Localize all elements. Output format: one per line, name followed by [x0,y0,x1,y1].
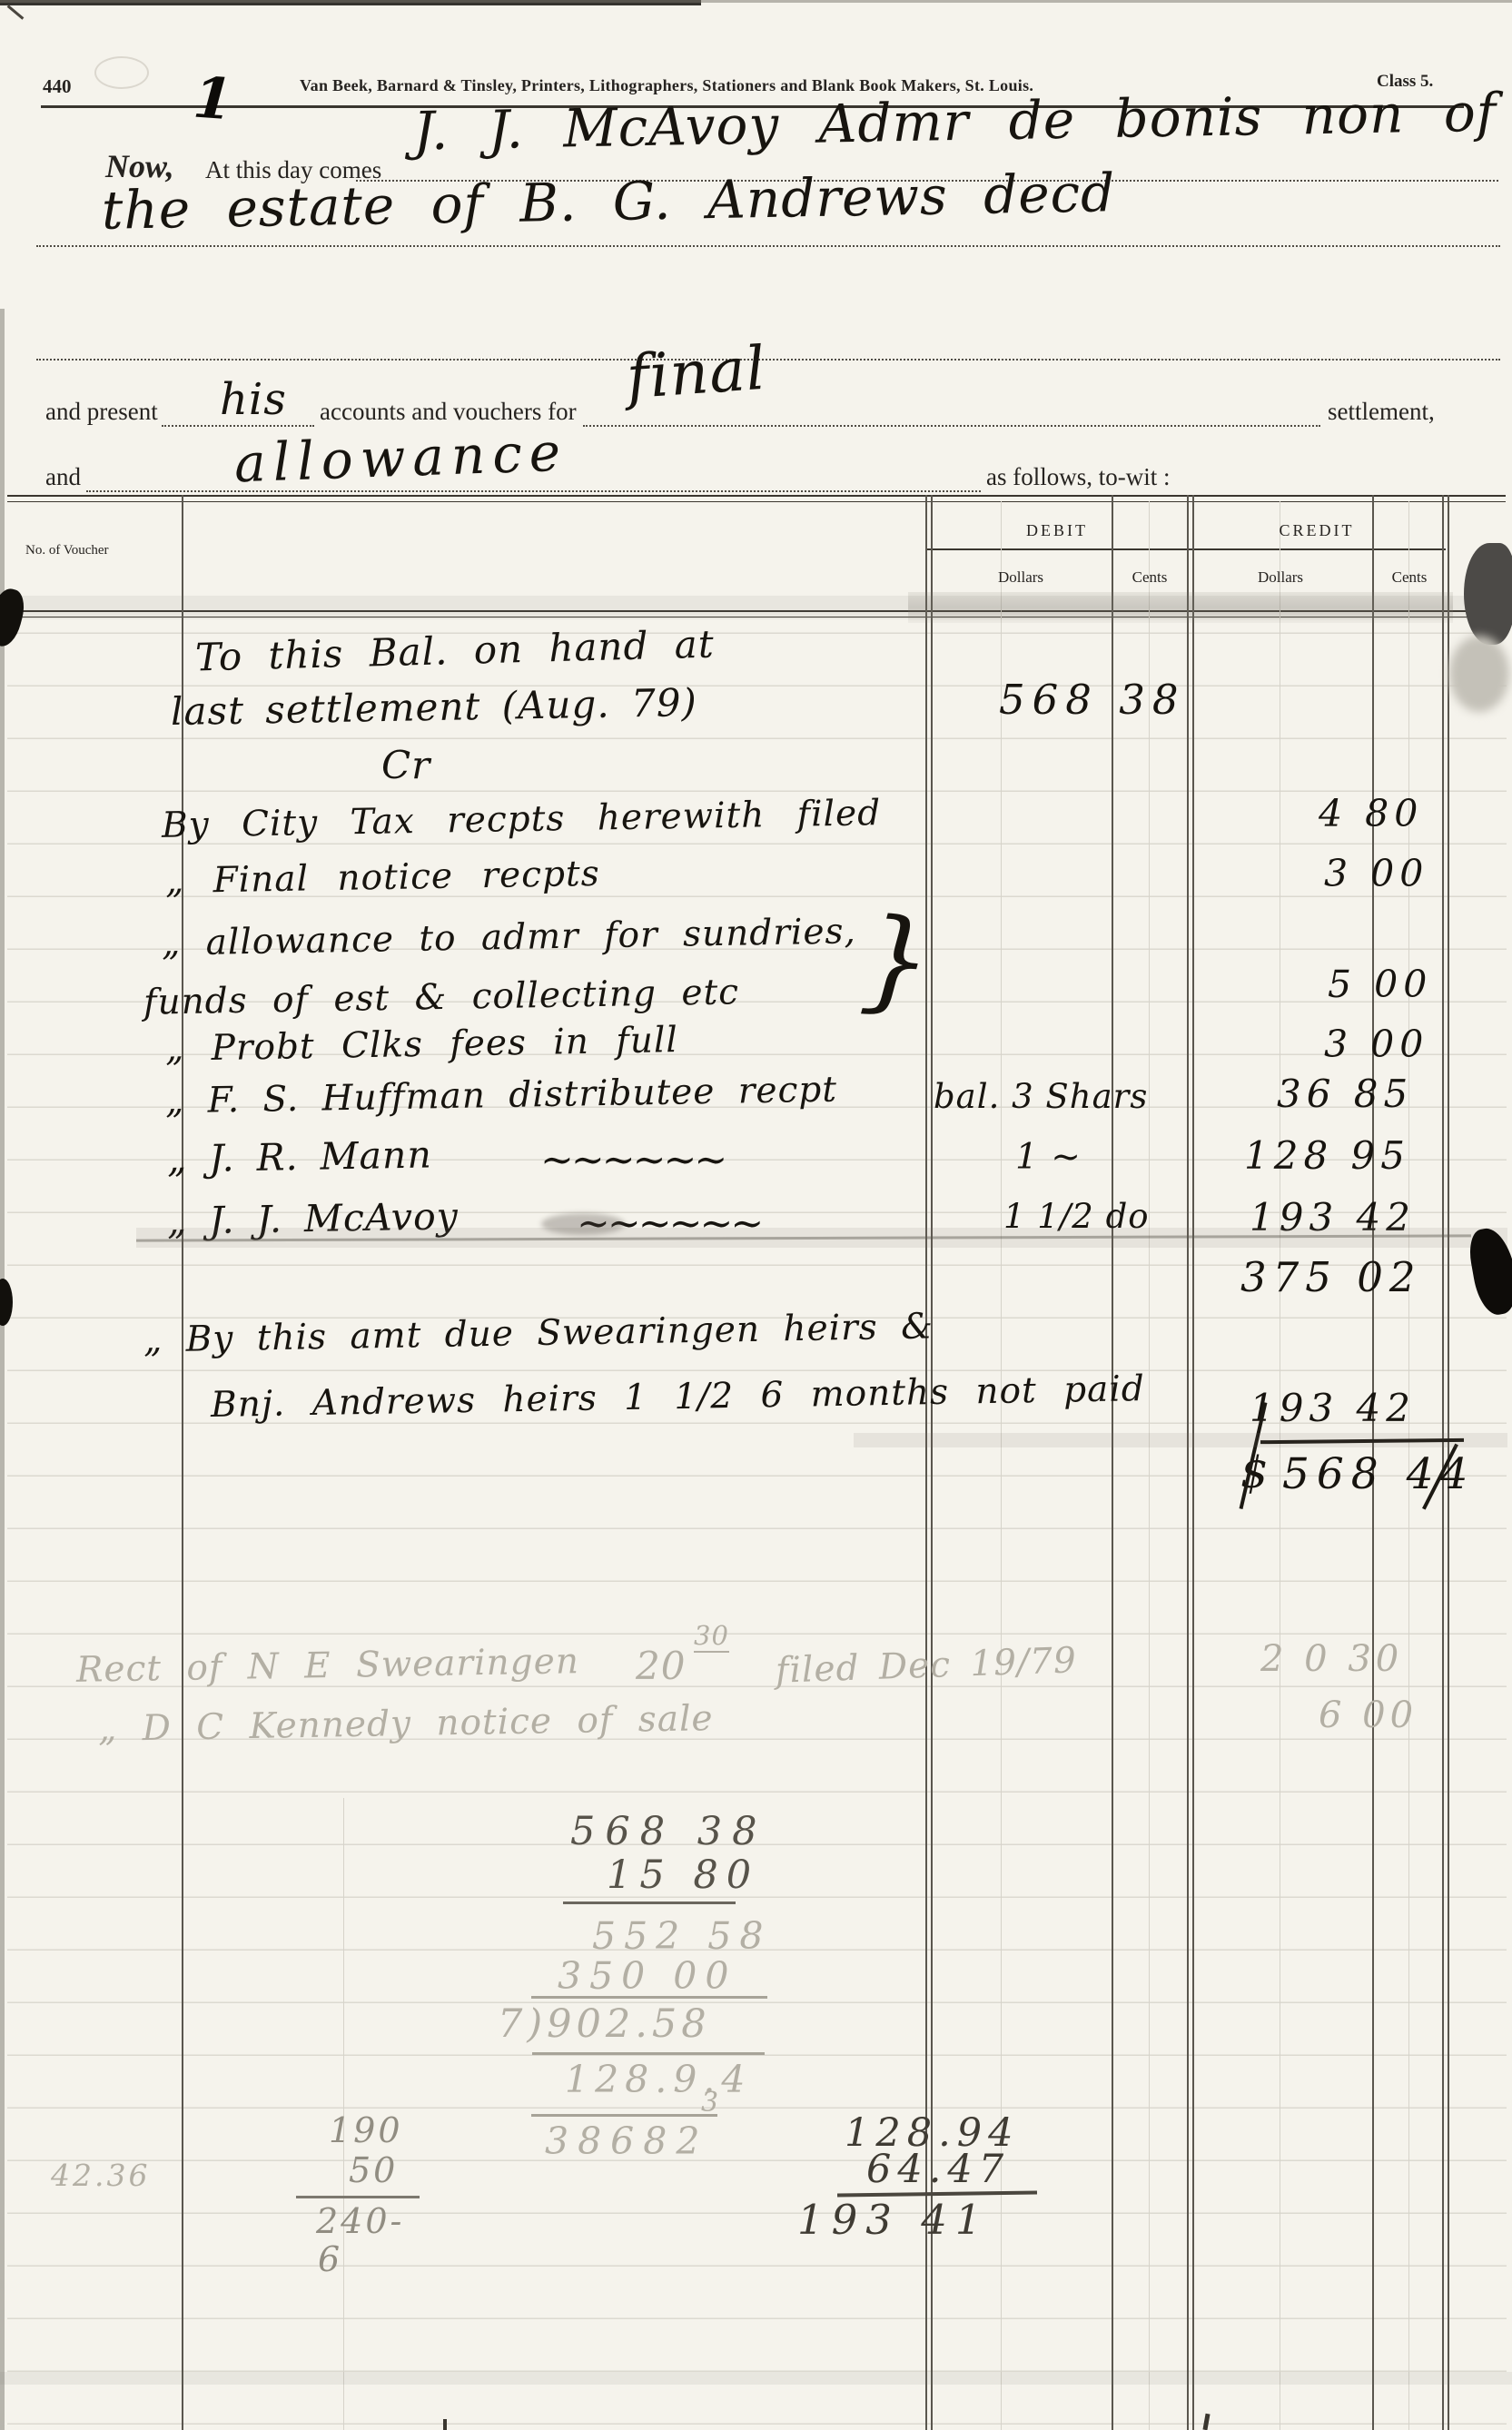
margin-note: 42.36 [51,2158,150,2193]
pencil-credit-rect: 2 0 30 [1260,1638,1403,1680]
right-stack-2: 193 41 [797,2196,989,2244]
credit-header: CREDIT [1280,521,1355,540]
present-value: his [220,374,287,425]
table-top-rule-a [7,495,1506,497]
credit-amount-allowance: 5 00 [1328,963,1432,1006]
present-dotted-line [162,425,314,427]
calc-stack-3: 350 00 [558,1954,736,1998]
debit-cents-rule [1112,495,1113,2430]
voucher-header: No. of Voucher [25,543,109,558]
voucher-column-rule [182,495,183,2430]
crease-band-money [908,592,1453,623]
credit-total: 568 44 [1282,1449,1475,1499]
comes-dotted-line-3 [36,359,1500,361]
credit-amount-city-tax: 4 80 [1319,792,1423,835]
left-stack-3: 6 [318,2239,341,2279]
bottom-edge-tick-1 [443,2419,447,2430]
faint-money-line-3 [1280,501,1280,2430]
pencil-rect-amount: 20 [636,1644,686,1688]
towit-label: as follows, to-wit : [986,463,1171,491]
comes-dotted-line-2 [36,245,1500,247]
and-value: allowance [233,421,568,495]
credit-amount-final-notice: 3 00 [1324,852,1428,895]
calc-quotient: 128.9.4 [565,2058,752,2101]
note-mann-share: 1 ~ [1015,1137,1082,1178]
faint-stamp [94,56,149,89]
left-stack-2: 240- [316,2201,404,2241]
credit-left-rule-a [1187,495,1189,2430]
and-dotted-line [86,490,981,492]
and-label: and [45,463,81,491]
credit-left-rule-b [1192,495,1194,2430]
vouchers-value: final [625,333,768,413]
calc-underline-1 [563,1902,736,1904]
credit-amount-probate: 3 00 [1324,1022,1428,1066]
note-huffman-shares: bal. 3 Shars [934,1077,1148,1116]
credit-amount-not-paid: 193 42 [1250,1386,1416,1430]
credit-cents-header: Cents [1392,568,1428,587]
right-stack-1: 64.47 [866,2147,1010,2192]
calc-underline-3 [532,2052,765,2055]
crease-band-lower [854,1433,1507,1447]
debit-cents-header: Cents [1132,568,1168,587]
credit-dollars-header: Dollars [1258,568,1303,587]
settlement-label: settlement, [1328,398,1435,426]
entry-balance-line2: last settlement (Aug. 79) [171,680,698,734]
left-stack-1: 50 [349,2150,398,2190]
cr-heading: Cr [381,743,430,787]
left-stack-0: 190 [329,2110,403,2150]
vouchers-dotted-line [583,425,1320,427]
calc-stack-0: 568 38 [570,1809,766,1854]
entry-mann: „ J. R. Mann [167,1132,433,1180]
calc-underline-2 [531,1996,767,1999]
crease-band-bottom [0,2372,1512,2385]
smudge-mark [541,1213,625,1235]
faint-money-line-2 [1149,501,1150,2430]
credit-amount-mann: 128 95 [1244,1133,1410,1178]
calc-stack-7: 38682 [545,2119,708,2163]
debit-dollars-header: Dollars [998,568,1043,587]
debit-header: DEBIT [1026,521,1088,540]
corner-tick [7,5,25,19]
torn-corner-shading [1449,636,1509,712]
entry-brace: } [856,893,936,1026]
credit-amount-huffman: 36 85 [1277,1072,1413,1116]
ditto-mark-mann: ~~~~~~ [540,1137,725,1183]
torn-corner-dark [1464,543,1512,645]
calc-stack-1: 15 80 [607,1852,759,1898]
present-label: and present [45,398,158,426]
pencil-credit-kennedy: 6 00 [1319,1694,1418,1736]
handwritten-check-mark: 1 [192,64,236,133]
table-top-rule-b [7,501,1506,503]
ledger-page: 440 Van Beek, Barnard & Tinsley, Printer… [0,0,1512,2430]
pencil-rect-amount-sup: 30 [694,1620,729,1653]
entry-final-notice: „ Final notice recpts [165,854,600,902]
credit-subtotal: 375 02 [1240,1253,1421,1301]
calc-underline-4 [531,2114,717,2117]
left-stack-underline [296,2196,420,2198]
faint-horizontal-ruling [7,581,1507,2430]
debit-amount-balance: 568 38 [999,676,1185,724]
calc-stack-2: 552 58 [592,1914,771,1958]
calc-division: 7)902.58 [498,2001,711,2047]
page-number: 440 [43,75,72,98]
top-edge-line [0,0,1512,3]
